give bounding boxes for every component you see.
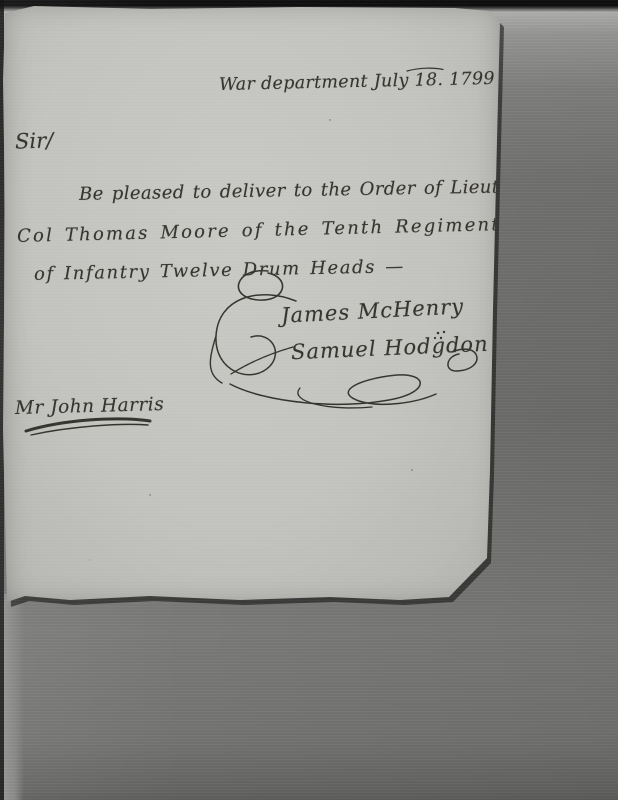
samuel-leadin — [231, 347, 293, 374]
harris-underline — [26, 419, 150, 431]
body-line: Be pleased to deliver to the Order of Li… — [79, 176, 526, 205]
scanned-letter: War department July 18. 1799 Sir/ Be ple… — [0, 0, 618, 800]
dateline: War department July 18. 1799 — [219, 69, 495, 95]
addressee-name: Mr John Harris — [15, 394, 165, 419]
scanner-left-light-band — [4, 594, 24, 800]
paraph-oval-2 — [298, 388, 372, 408]
signature-paraph-tail — [210, 336, 222, 383]
paraph-oval-1 — [230, 375, 436, 404]
salutation: Sir/ — [15, 128, 54, 153]
signature-james-mchenry: James McHenry — [280, 294, 464, 328]
letter-paper: War department July 18. 1799 Sir/ Be ple… — [0, 0, 505, 608]
signature-samuel-hodgdon: Samuel Hodgdon — [291, 332, 489, 365]
harris-underline-echo — [31, 424, 148, 435]
body-line: of Infantry Twelve Drum Heads — — [34, 256, 405, 285]
body-line: Col Thomas Moore of the Tenth Regiment — [17, 214, 501, 247]
